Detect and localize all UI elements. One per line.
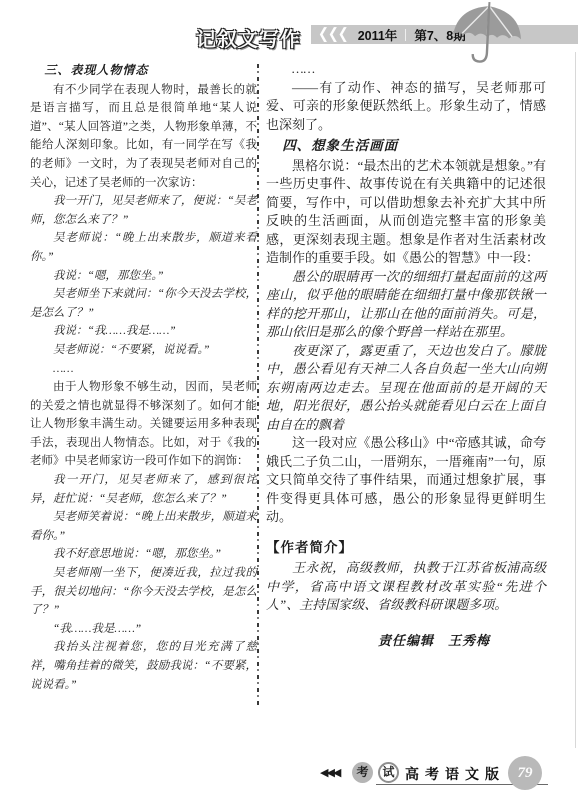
editor-credit: 责任编辑 王秀梅 <box>266 632 546 651</box>
paragraph: 黑格尔说：“最杰出的艺术本领就是想象。”有一些历史事件、故事传说在有关典籍中的记… <box>266 157 546 268</box>
column-divider <box>257 64 259 706</box>
dialogue-line: “我……我是……” <box>30 620 257 639</box>
page-edge-line <box>575 52 576 748</box>
dialogue-line: 我抬头注视着您，您的目光充满了慈祥，嘴角挂着的微笑，鼓励我说：“不要紧，说说看。… <box>30 638 257 694</box>
ellipsis-line: …… <box>30 360 257 379</box>
paragraph: 由于人物形象不够生动，因而，吴老师的关爱之情也就显得不够深刻了。如何才能让人物形… <box>30 378 257 471</box>
author-intro-heading: 【作者简介】 <box>266 539 546 558</box>
page-number-badge: 79 <box>508 756 542 790</box>
dialogue-line: 我说：“嗯，那您坐。” <box>30 267 257 286</box>
page-title: 记叙文写作 <box>196 23 301 52</box>
right-column: …… ——有了动作、神态的描写，吴老师那可爱、可亲的形象便跃然纸上。形象生动了，… <box>266 60 546 650</box>
section-heading-3: 三、表现人物情态 <box>30 60 257 81</box>
dialogue-line: 我一开门，见吴老师来了，感到很诧异，赶忙说：“吴老师，您怎么来了？” <box>30 471 257 508</box>
dialogue-line: 我不好意思地说：“嗯，那您坐。” <box>30 545 257 564</box>
footer-badge-kao: 考 <box>352 762 373 783</box>
paragraph: 有不少同学在表现人物时，最善长的就是语言描写，而且总是很简单地“某人说道”、“某… <box>30 81 257 193</box>
left-column: 三、表现人物情态 有不少同学在表现人物时，最善长的就是语言描写，而且总是很简单地… <box>30 60 257 694</box>
footer-arrows-icon: ◀◀◀ <box>320 766 339 779</box>
dialogue-line: 吴老师刚一坐下，便凑近我，拉过我的手，很关切地问：“你今天没去学校，是怎么了？” <box>30 564 257 620</box>
dialogue-line: 吴老师笑着说：“晚上出来散步，顺道来看你。” <box>30 508 257 545</box>
magazine-page: 记叙文写作 ❮❮❮ 2011年 第7、8期 三、表现人物情态 有不少同学在表现人… <box>0 0 578 800</box>
quoted-passage: 夜更深了，露更重了，天边也发白了。朦胧中，愚公看见有天神二人各自负起一坐大山向朔… <box>266 342 546 435</box>
dialogue-line: 我说：“我……我是……” <box>30 322 257 341</box>
header-issue-bar: ❮❮❮ 2011年 第7、8期 <box>311 25 578 44</box>
footer-brand: 高考语文版 <box>405 764 505 784</box>
issue-divider <box>405 29 406 41</box>
dialogue-line: 我一开门，见吴老师来了，便说：“吴老师，您怎么来了？” <box>30 192 257 229</box>
quoted-passage: 愚公的眼睛再一次的细细打量起面前的这两座山，似乎他的眼睛能在细细打量中像那铁锹一… <box>266 268 546 342</box>
paragraph: 这一段对应《愚公移山》中“帝感其诚，命夸娥氏二子负二山，一厝朔东，一厝雍南”一句… <box>266 434 546 527</box>
dialogue-line: 吴老师说：“不要紧，说说看。” <box>30 341 257 360</box>
dialogue-line: 吴老师坐下来就问：“你今天没去学校，是怎么了？” <box>30 285 257 322</box>
section-heading-4: 四、想象生活画面 <box>266 136 546 157</box>
footer-badge-shi: 试 <box>378 762 399 783</box>
paragraph: ——有了动作、神态的描写，吴老师那可爱、可亲的形象便跃然纸上。形象生动了，情感也… <box>266 79 546 135</box>
ellipsis-line: …… <box>266 60 546 79</box>
issue-year: 2011年 <box>358 26 398 44</box>
author-intro-text: 王永祝，高级教师，执教于江苏省板浦高级中学，省高中语文课程教材改革实验“先进个人… <box>266 559 546 615</box>
dialogue-line: 吴老师说：“晚上出来散步，顺道来看你。” <box>30 229 257 266</box>
chevrons-icon: ❮❮❮ <box>318 26 348 43</box>
